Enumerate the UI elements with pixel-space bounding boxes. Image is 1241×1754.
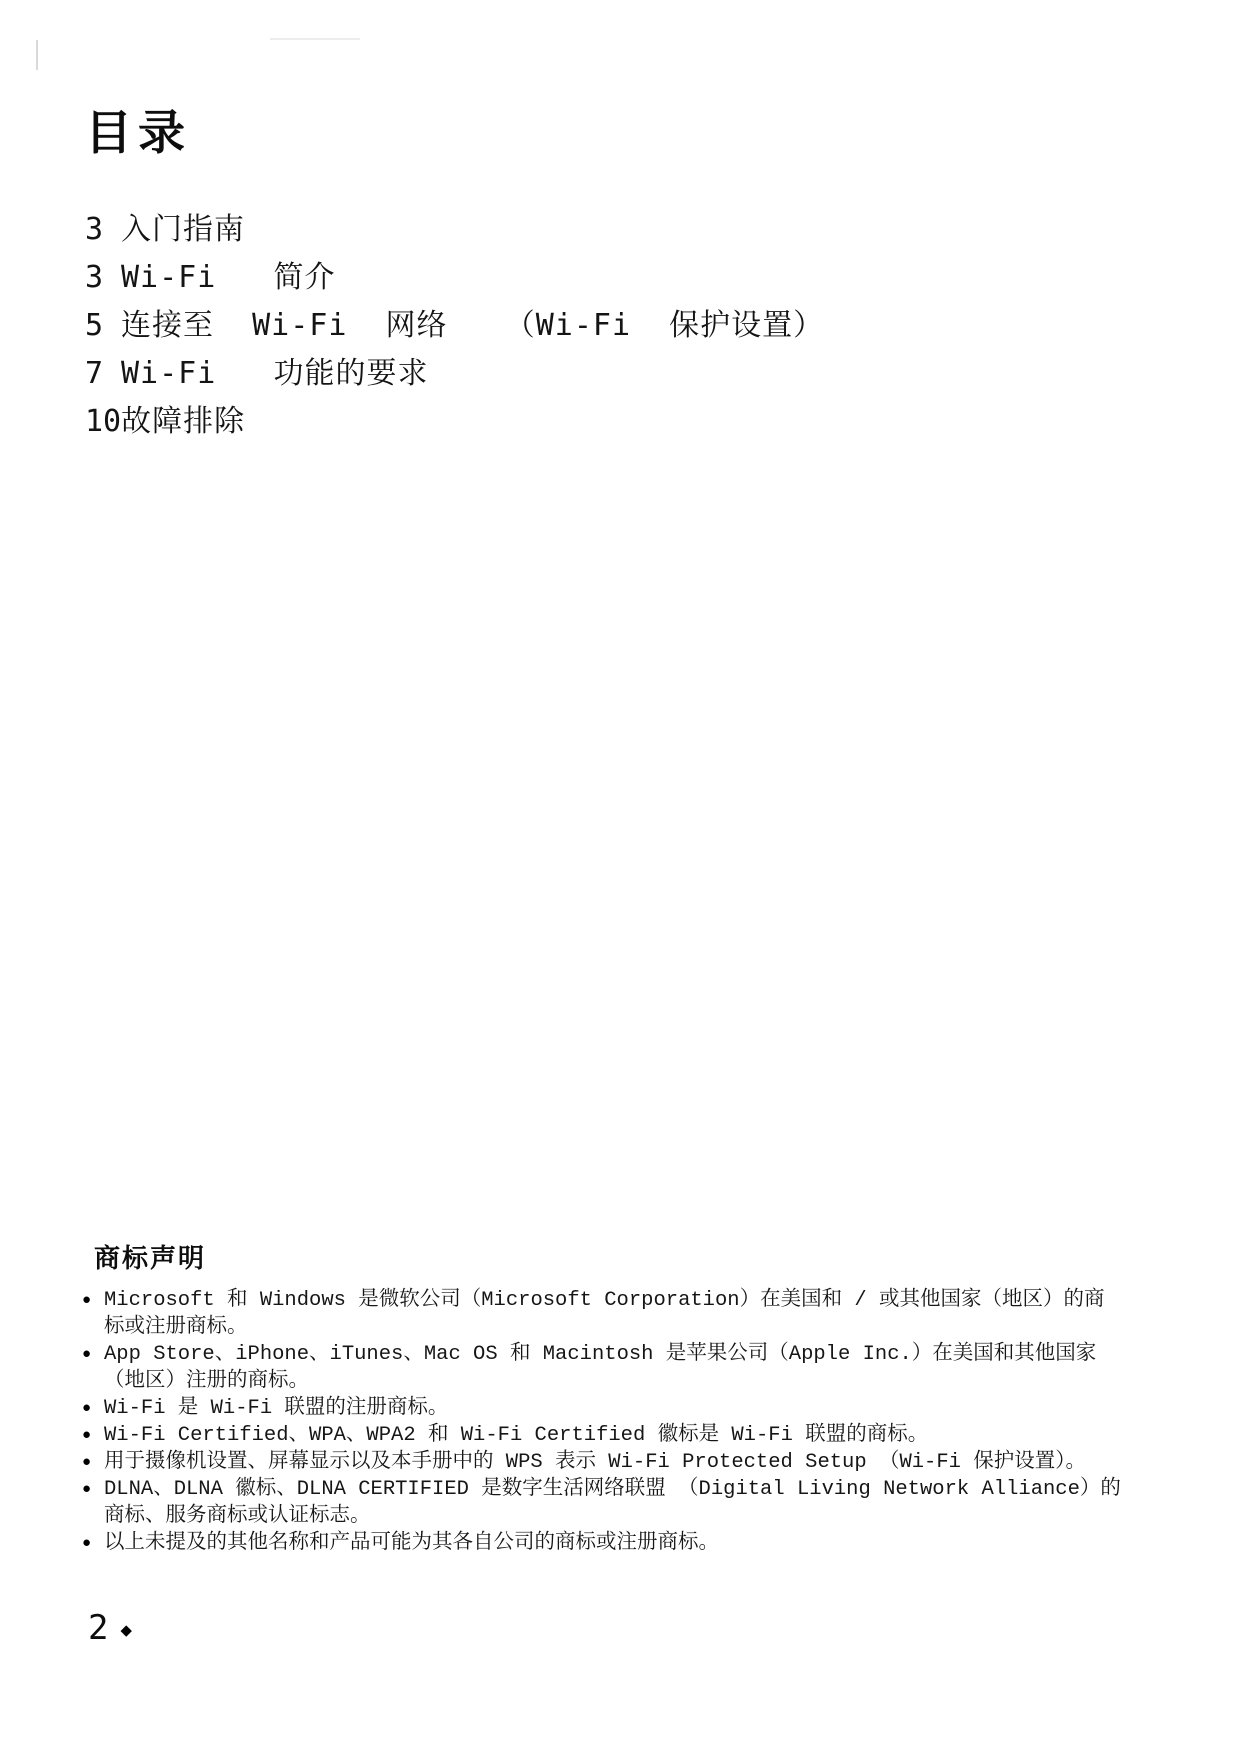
toc-entry-label: 故障排除: [121, 396, 245, 440]
trademark-list: ● Microsoft 和 Windows 是微软公司（Microsoft Co…: [82, 1287, 1122, 1557]
trademark-item-apple: ● App Store、iPhone、iTunes、Mac OS 和 Macin…: [82, 1341, 1122, 1395]
trademark-text: DLNA、DLNA 徽标、DLNA CERTIFIED 是数字生活网络联盟 （D…: [104, 1476, 1122, 1530]
trademark-text: Wi-Fi 是 Wi-Fi 联盟的注册商标。: [104, 1395, 1122, 1422]
trademark-item-dlna: ● DLNA、DLNA 徽标、DLNA CERTIFIED 是数字生活网络联盟 …: [82, 1476, 1122, 1530]
trademark-heading: 商标声明: [94, 1238, 1122, 1275]
toc-entry-wifi-intro: 3 Wi-Fi 简介: [85, 252, 1165, 300]
trademark-notice-section: 商标声明 ● Microsoft 和 Windows 是微软公司（Microso…: [82, 1238, 1122, 1557]
trademark-item-wps: ● 用于摄像机设置、屏幕显示以及本手册中的 WPS 表示 Wi-Fi Prote…: [82, 1449, 1122, 1476]
bullet-icon: ●: [82, 1341, 104, 1368]
page-number: 2: [88, 1608, 108, 1648]
bullet-icon: ●: [82, 1476, 104, 1503]
trademark-item-wifi: ● Wi-Fi 是 Wi-Fi 联盟的注册商标。: [82, 1395, 1122, 1422]
bullet-icon: ●: [82, 1530, 104, 1557]
trademark-text: Wi-Fi Certified、WPA、WPA2 和 Wi-Fi Certifi…: [104, 1422, 1122, 1449]
page-footer: 2 ◆: [88, 1608, 132, 1648]
trademark-text: App Store、iPhone、iTunes、Mac OS 和 Macinto…: [104, 1341, 1122, 1395]
table-of-contents: 3 入门指南 3 Wi-Fi 简介 5 连接至 Wi-Fi 网络 （Wi-Fi …: [85, 204, 1165, 444]
trademark-item-microsoft: ● Microsoft 和 Windows 是微软公司（Microsoft Co…: [82, 1287, 1122, 1341]
toc-page-number: 5: [85, 308, 121, 343]
trademark-text: 用于摄像机设置、屏幕显示以及本手册中的 WPS 表示 Wi-Fi Protect…: [104, 1449, 1122, 1476]
diamond-icon: ◆: [120, 1619, 131, 1641]
toc-entry-label: Wi-Fi 简介: [121, 252, 336, 296]
bullet-icon: ●: [82, 1395, 104, 1422]
document-page: 目录 3 入门指南 3 Wi-Fi 简介 5 连接至 Wi-Fi 网络 （Wi-…: [0, 0, 1241, 1754]
toc-entry-getting-started: 3 入门指南: [85, 204, 1165, 252]
toc-page-number: 10: [85, 404, 121, 439]
trademark-item-wifi-certified: ● Wi-Fi Certified、WPA、WPA2 和 Wi-Fi Certi…: [82, 1422, 1122, 1449]
toc-entry-troubleshooting: 10 故障排除: [85, 396, 1165, 444]
toc-page-number: 7: [85, 356, 121, 391]
bullet-icon: ●: [82, 1422, 104, 1449]
trademark-text: 以上未提及的其他名称和产品可能为其各自公司的商标或注册商标。: [104, 1530, 1122, 1557]
toc-entry-connect-wifi: 5 连接至 Wi-Fi 网络 （Wi-Fi 保护设置）: [85, 300, 1165, 348]
toc-entry-wifi-requirements: 7 Wi-Fi 功能的要求: [85, 348, 1165, 396]
scan-artifact: [36, 40, 38, 70]
scan-artifact: [270, 38, 360, 40]
trademark-item-others: ● 以上未提及的其他名称和产品可能为其各自公司的商标或注册商标。: [82, 1530, 1122, 1557]
page-title: 目录: [85, 96, 191, 163]
toc-page-number: 3: [85, 260, 121, 295]
toc-entry-label: 连接至 Wi-Fi 网络 （Wi-Fi 保护设置）: [121, 300, 824, 344]
bullet-icon: ●: [82, 1287, 104, 1314]
toc-entry-label: Wi-Fi 功能的要求: [121, 348, 429, 392]
bullet-icon: ●: [82, 1449, 104, 1476]
toc-entry-label: 入门指南: [121, 204, 245, 248]
toc-page-number: 3: [85, 212, 121, 247]
trademark-text: Microsoft 和 Windows 是微软公司（Microsoft Corp…: [104, 1287, 1122, 1341]
